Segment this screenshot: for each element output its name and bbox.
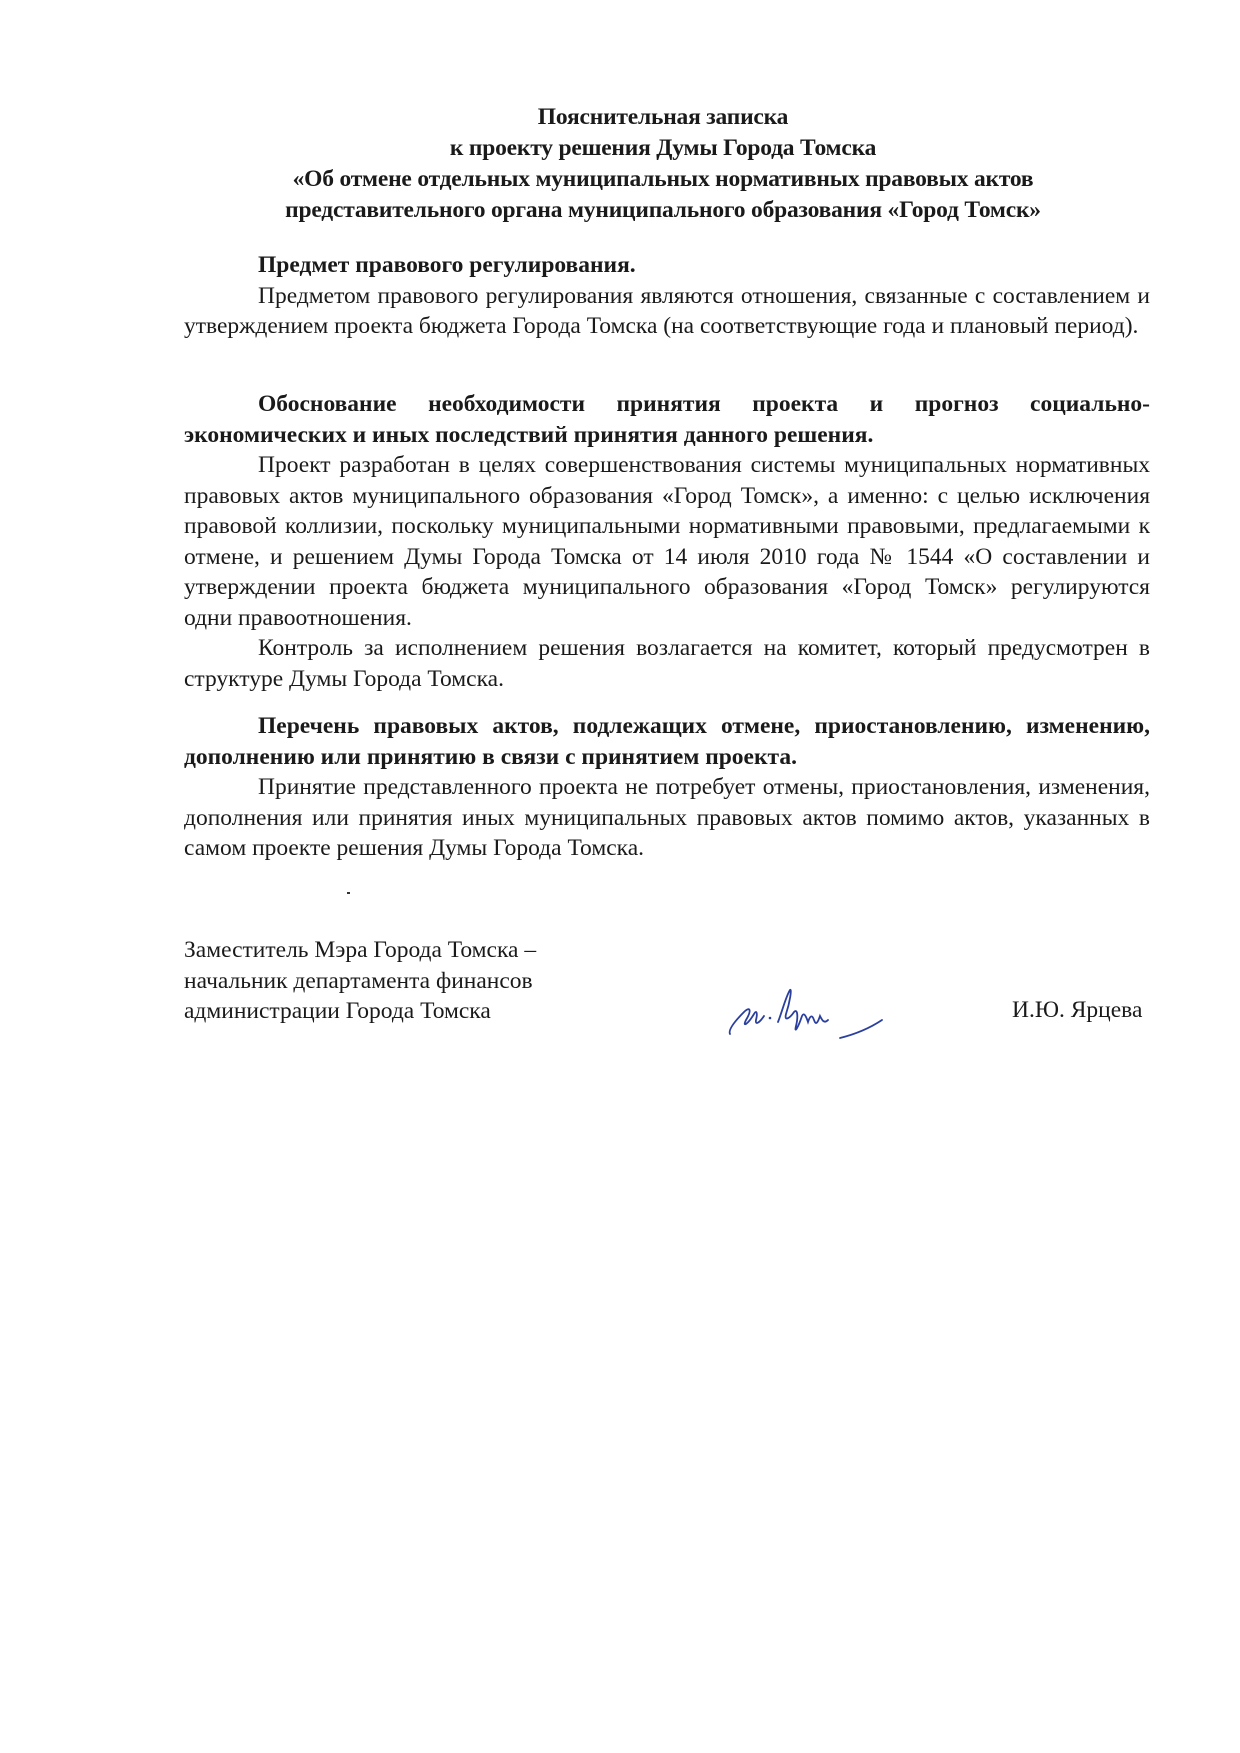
signatory-name: И.Ю. Ярцева (1012, 995, 1142, 1026)
position-line: Заместитель Мэра Города Томска – (184, 935, 536, 966)
paragraph: Принятие представленного проекта не потр… (184, 772, 1150, 864)
title-line: к проекту решения Думы Города Томска (180, 133, 1146, 164)
document-title: Пояснительная записка к проекту решения … (180, 102, 1146, 226)
title-line: «Об отмене отдельных муниципальных норма… (180, 164, 1146, 195)
paragraph: Проект разработан в целях совершенствова… (184, 450, 1150, 633)
position-line: администрации Города Томска (184, 996, 536, 1027)
section-acts-list: Перечень правовых актов, подлежащих отме… (184, 711, 1150, 864)
position-line: начальник департамента финансов (184, 966, 536, 997)
document-page: Пояснительная записка к проекту решения … (0, 0, 1240, 1753)
section-subject: Предмет правового регулирования. Предмет… (184, 250, 1150, 342)
paragraph: Предметом правового регулирования являют… (184, 281, 1150, 342)
signatory-position: Заместитель Мэра Города Томска – начальн… (184, 935, 536, 1027)
section-justification: Обоснование необходимости принятия проек… (184, 389, 1150, 694)
title-line: Пояснительная записка (180, 102, 1146, 133)
scan-speck (347, 892, 350, 894)
section-heading: Предмет правового регулирования. (184, 250, 1150, 281)
title-line: представительного органа муниципального … (180, 195, 1146, 226)
handwritten-signature-icon (720, 982, 890, 1052)
section-heading: Перечень правовых актов, подлежащих отме… (184, 711, 1150, 772)
paragraph: Контроль за исполнением решения возлагае… (184, 633, 1150, 694)
section-heading: Обоснование необходимости принятия проек… (184, 389, 1150, 450)
